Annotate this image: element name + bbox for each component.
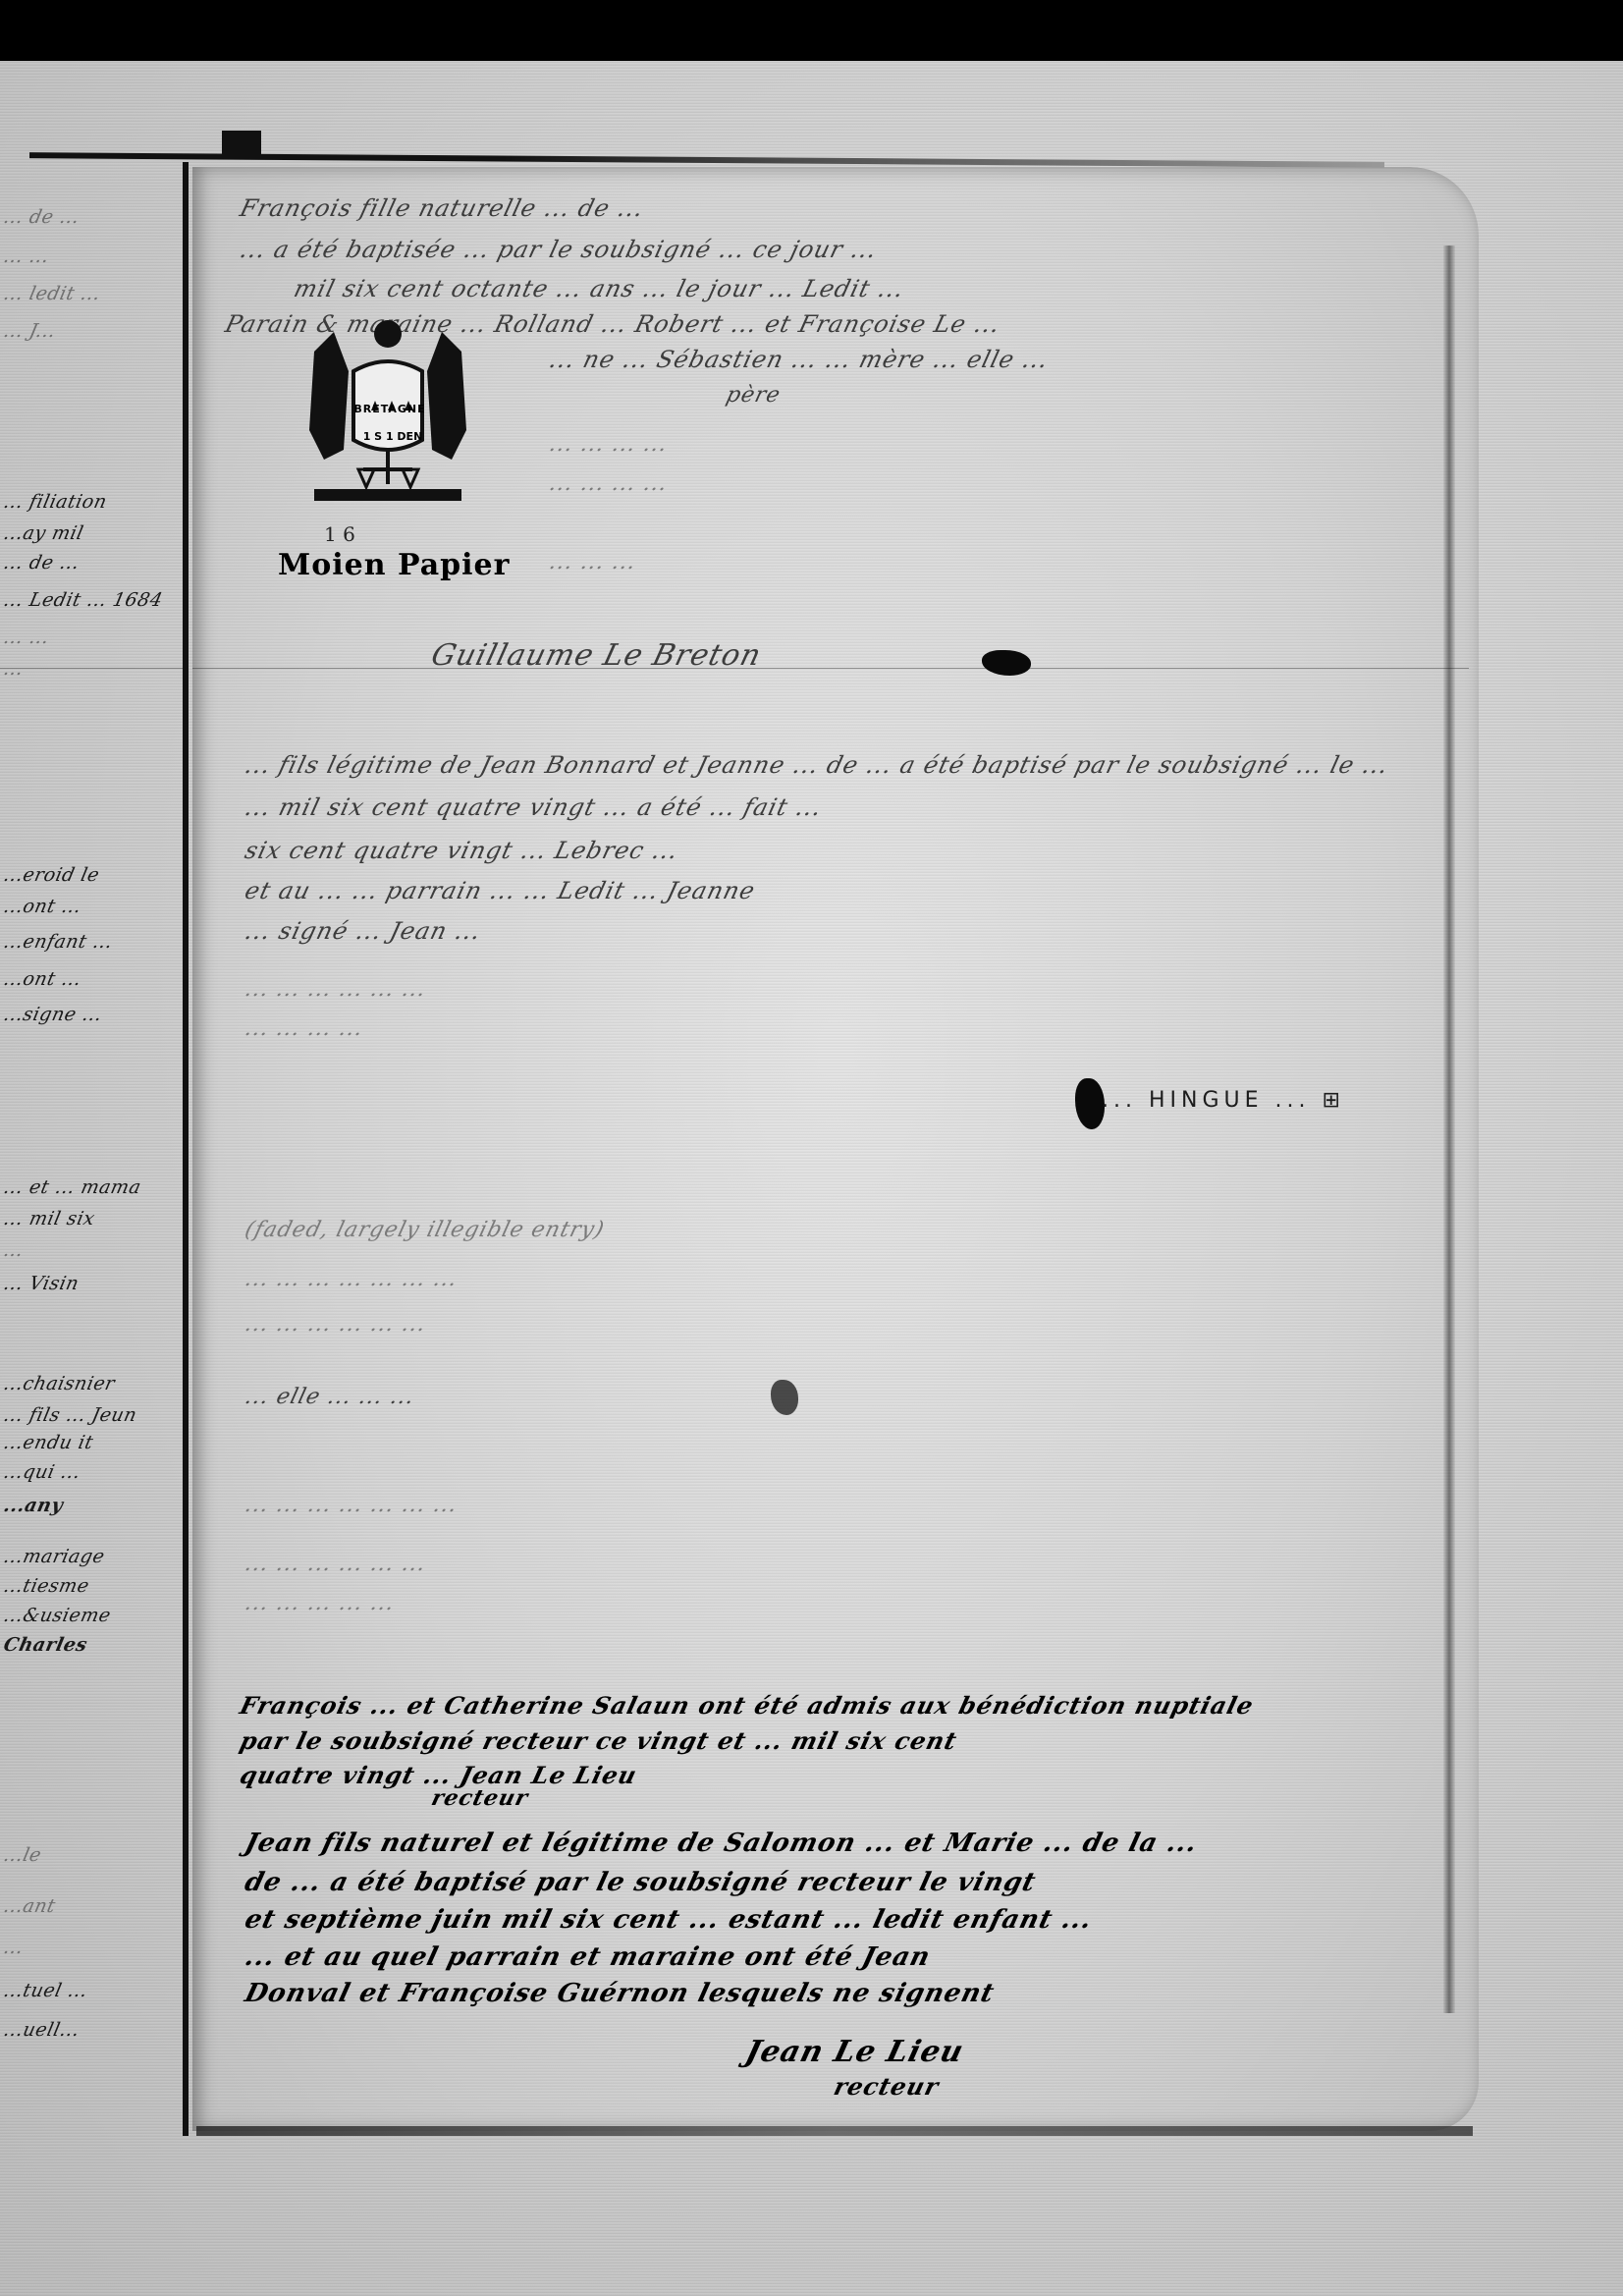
left-margin-line: ... mil six — [2, 1208, 97, 1230]
left-margin-line: ...uell... — [2, 2019, 82, 2041]
left-margin-line: ...any — [2, 1495, 66, 1516]
stamp-legend: Moien Papier — [278, 548, 510, 582]
left-margin-line: ... ... — [2, 246, 51, 267]
left-margin-line: ... — [2, 658, 26, 680]
signature-title: recteur — [831, 2072, 942, 2101]
left-margin-line: ... de ... — [2, 206, 81, 228]
entry-line: père — [724, 383, 784, 408]
entry-line: François ... et Catherine Salaun ont été… — [237, 1691, 1257, 1720]
entry-line: ... signé ... Jean ... — [243, 917, 485, 945]
entry-line: par le soubsigné recteur ce vingt et ...… — [237, 1726, 960, 1755]
left-margin-line: ... ledit ... — [2, 283, 103, 304]
page-gutter-line — [183, 162, 189, 2136]
faded-line: ... ... ... ... ... ... ... — [243, 1493, 460, 1517]
entry-line: Jean fils naturel et légitime de Salomon… — [242, 1829, 1201, 1858]
left-margin-line: ... — [2, 1937, 26, 1958]
left-margin-line: ...ay mil — [2, 522, 86, 544]
left-margin-line: ...endu it — [2, 1432, 95, 1453]
entry-line: ... ne ... Sébastien ... ... mère ... el… — [547, 346, 1053, 373]
left-margin-line: ...ont ... — [2, 896, 83, 917]
left-margin-line: ...tuel ... — [2, 1980, 90, 2001]
left-margin-line: ...ont ... — [2, 968, 83, 990]
left-margin-line: ... J... — [2, 320, 58, 342]
entry-line: et septième juin mil six cent ... estant… — [242, 1905, 1095, 1935]
left-margin-line: ... Visin — [2, 1273, 81, 1294]
left-page-rule — [0, 668, 183, 669]
left-margin-line: ...eroid le — [2, 864, 102, 886]
stamp-price-text: 1 S 1 DEN — [344, 430, 442, 443]
ruled-line — [192, 668, 1469, 669]
left-margin-line: ...ant — [2, 1895, 58, 1917]
entry-line: et au ... ... parrain ... ... Ledit ... … — [243, 877, 759, 904]
entry-line: ... a été baptisée ... par le soubsigné … — [238, 236, 881, 263]
faded-line: ... ... ... ... ... ... ... — [243, 1267, 460, 1291]
left-margin-line: ... fils ... Jeun — [2, 1404, 139, 1426]
entry-line: six cent quatre vingt ... Lebrec ... — [243, 837, 682, 864]
faded-line: ... ... ... ... ... ... — [243, 977, 429, 1002]
ink-blot — [222, 131, 261, 158]
left-margin-line: Charles — [2, 1634, 89, 1656]
entry-line: ... fils légitime de Jean Bonnard et Jea… — [243, 751, 1392, 779]
faded-line: ... ... ... ... ... — [243, 1591, 398, 1615]
stamp-year: 1 6 — [324, 522, 355, 546]
left-margin-line: ...enfant ... — [2, 931, 115, 953]
scan-top-black-border — [0, 0, 1623, 61]
left-margin-line: ...qui ... — [2, 1461, 82, 1483]
left-margin-line: ... filiation — [2, 491, 109, 513]
entry-line: de ... a été baptisé par le soubsigné re… — [242, 1868, 1039, 1897]
entry-line: ... mil six cent quatre vingt ... a été … — [243, 793, 826, 821]
faded-line: ... ... ... — [547, 550, 639, 574]
left-margin-line: ... — [2, 1239, 26, 1261]
left-margin-line: ... de ... — [2, 552, 81, 574]
entry-heading-name: Guillaume Le Breton — [428, 638, 766, 673]
stamp-banner-text: BRETAGNE — [341, 403, 439, 415]
entry-line: François fille naturelle ... de ... — [238, 194, 647, 222]
left-margin-line: ...mariage — [2, 1546, 107, 1567]
printed-signature-mark: ... HINGUE ... ⊞ — [1102, 1088, 1345, 1113]
entry-line: ... et au quel parrain et maraine ont ét… — [242, 1942, 934, 1972]
entry-line: ... elle ... ... ... — [243, 1385, 417, 1409]
entry-line: Donval et Françoise Guérnon lesquels ne … — [242, 1979, 998, 2008]
left-margin-line: ...signe ... — [2, 1004, 104, 1025]
page-right-edge-shadow — [1443, 246, 1455, 2013]
left-margin-line: ...tiesme — [2, 1575, 91, 1597]
faded-line: ... ... ... ... — [547, 471, 671, 496]
left-margin-line: ... et ... mama — [2, 1176, 143, 1198]
faded-line: ... ... ... ... ... ... — [243, 1312, 429, 1337]
left-margin-line: ... Ledit ... 1684 — [2, 589, 165, 611]
page-bottom-edge — [196, 2126, 1473, 2136]
left-page-fragment: ... de ... ... ... ... ledit ... ... J..… — [0, 137, 183, 2121]
left-margin-line: ... ... — [2, 627, 51, 648]
faded-line: ... ... ... ... — [243, 1016, 366, 1041]
left-margin-line: ...chaisnier — [2, 1373, 117, 1394]
entry-line: (faded, largely illegible entry) — [243, 1218, 607, 1242]
faded-line: ... ... ... ... ... ... — [243, 1552, 429, 1576]
faded-line: ... ... ... ... — [547, 432, 671, 457]
entry-line: recteur — [429, 1785, 531, 1811]
left-margin-line: ...le — [2, 1844, 44, 1866]
entry-line: mil six cent octante ... ans ... le jour… — [292, 275, 908, 302]
left-margin-line: ...&usieme — [2, 1605, 113, 1626]
signature-name: Jean Le Lieu — [742, 2035, 968, 2069]
